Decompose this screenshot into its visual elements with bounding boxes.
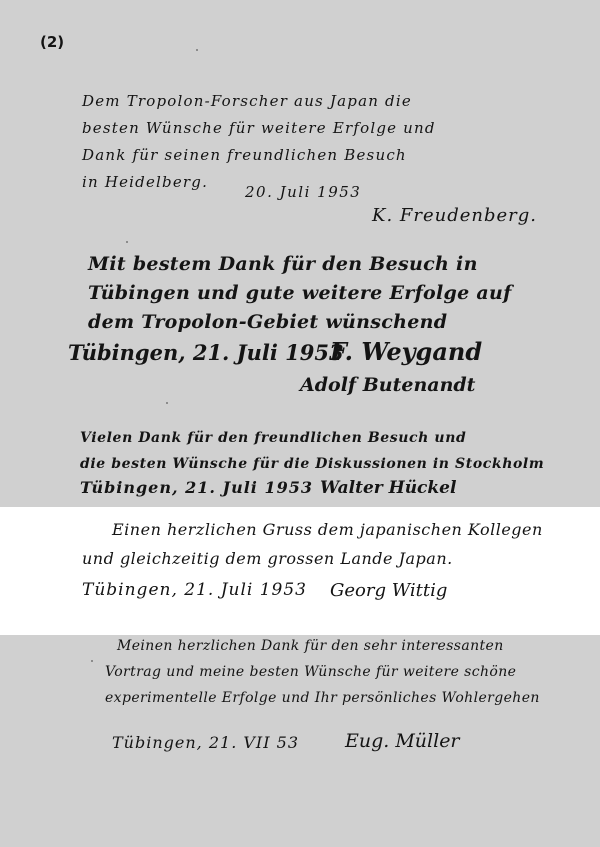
- scan-speck: [126, 241, 128, 243]
- entry-line: Einen herzlichen Gruss dem japanischen K…: [82, 515, 543, 544]
- entry-line: Tübingen und gute weitere Erfolge auf: [88, 279, 512, 308]
- entry-5-signature: Eug. Müller: [345, 730, 460, 752]
- entry-line: Meinen herzlichen Dank für den sehr inte…: [105, 633, 540, 659]
- entry-line: experimentelle Erfolge und Ihr persönlic…: [105, 685, 540, 711]
- entry-1-text: Dem Tropolon-Forscher aus Japan die best…: [82, 88, 436, 196]
- entry-line: Dank für seinen freundlichen Besuch: [82, 142, 436, 169]
- entry-line: Vortrag und meine besten Wünsche für wei…: [105, 659, 540, 685]
- entry-1-date: 20. Juli 1953: [245, 183, 361, 201]
- entry-line: Dem Tropolon-Forscher aus Japan die: [82, 88, 436, 115]
- entry-line: die besten Wünsche für die Diskussionen …: [80, 451, 544, 477]
- entry-2-signature-1: F. Weygand: [330, 337, 482, 366]
- entry-line: Mit bestem Dank für den Besuch in: [88, 250, 512, 279]
- entry-5-text: Meinen herzlichen Dank für den sehr inte…: [105, 633, 540, 711]
- entry-3-place-date: Tübingen, 21. Juli 1953: [80, 478, 313, 497]
- entry-2-place-date: Tübingen, 21. Juli 1953: [68, 340, 344, 365]
- entry-3-text: Vielen Dank für den freundlichen Besuch …: [80, 425, 544, 477]
- entry-2-signature-2: Adolf Butenandt: [300, 374, 475, 396]
- entry-1-signature: K. Freudenberg.: [372, 205, 537, 226]
- entry-5-place-date: Tübingen, 21. VII 53: [112, 733, 299, 752]
- entry-line: dem Tropolon-Gebiet wünschend: [88, 308, 512, 337]
- scan-speck: [196, 49, 198, 51]
- scan-speck: [166, 402, 168, 404]
- scan-speck: [91, 660, 93, 662]
- entry-4-place-date: Tübingen, 21. Juli 1953: [82, 580, 307, 600]
- entry-2-text: Mit bestem Dank für den Besuch in Tübing…: [88, 250, 512, 337]
- entry-3-signature: Walter Hückel: [320, 478, 456, 498]
- entry-4-text: Einen herzlichen Gruss dem japanischen K…: [82, 515, 543, 573]
- entry-4-signature: Georg Wittig: [330, 580, 447, 601]
- page-number: (2): [40, 33, 64, 51]
- entry-line: und gleichzeitig dem grossen Lande Japan…: [82, 544, 543, 573]
- entry-line: besten Wünsche für weitere Erfolge und: [82, 115, 436, 142]
- entry-line: Vielen Dank für den freundlichen Besuch …: [80, 425, 544, 451]
